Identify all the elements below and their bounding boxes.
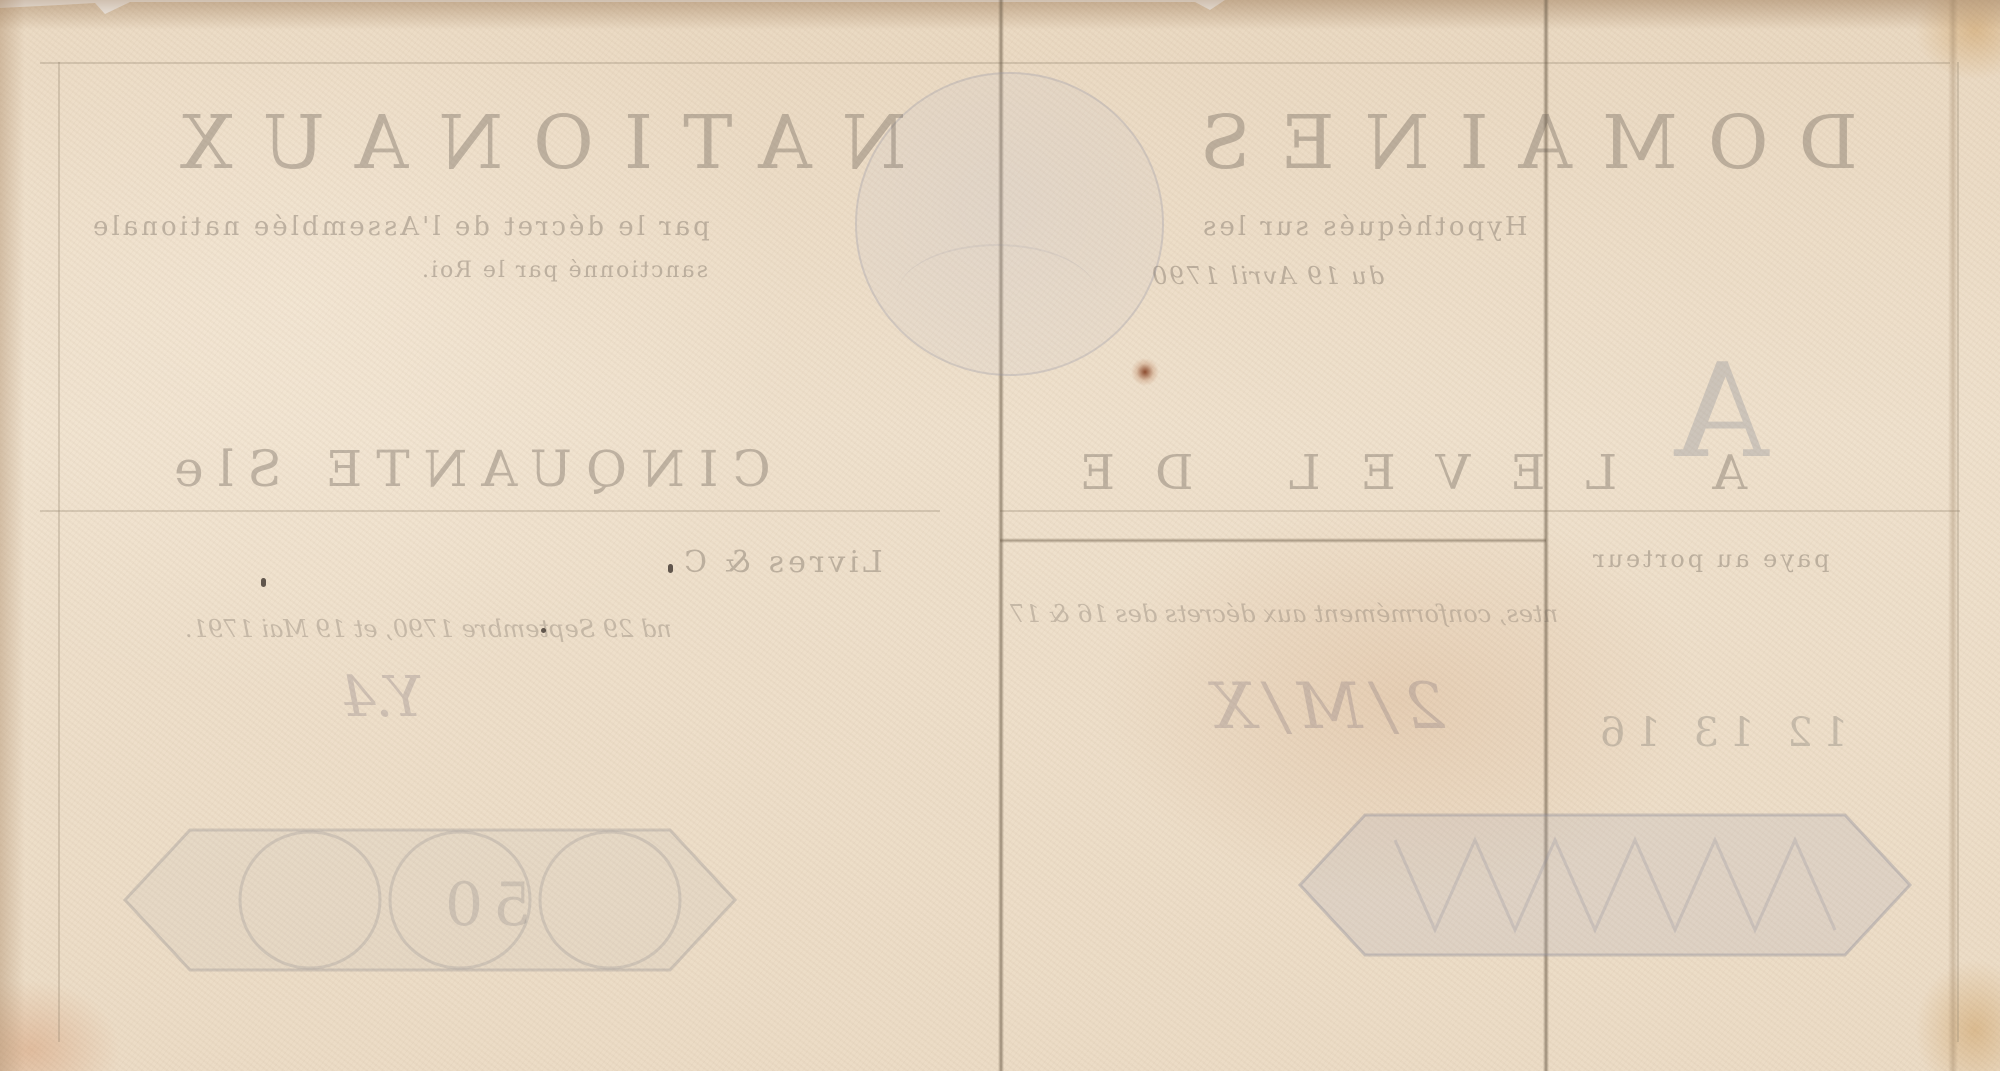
serial-number: 12 13 16 (1590, 710, 1848, 756)
frame-line-mid-right (1000, 510, 1960, 512)
left-edge-wear (0, 0, 25, 1071)
ink-speck (668, 564, 673, 573)
decree-dates-line-left: nd 29 Septembre 1790, et 19 Mai 1791. (185, 615, 672, 643)
handwritten-mark-right: 2/M/X (1200, 670, 1445, 744)
date-line-right: du 19 Avril 1790 (1150, 262, 1384, 290)
value-words-right: A LEVEL DE (1040, 445, 1747, 501)
vertical-fold-far-right (1948, 0, 1958, 1071)
title-domaines: DOMAINES (1170, 100, 1858, 186)
frame-line-mid-left (40, 510, 940, 512)
frame-line-top (40, 62, 1950, 64)
ink-speck (261, 578, 266, 587)
porteur-line-right: paye au porteur (1590, 545, 1830, 573)
decree-ref-line-right: ntes, conformément aux décrets des 16 & … (1010, 600, 1558, 628)
value-cartouche-right-icon (1285, 800, 1925, 970)
decree-line-left: par le décret de l'Assemblée nationale (90, 212, 710, 242)
handwritten-mark-left: Y.4 (340, 665, 423, 730)
livres-line-left: Livres & C (680, 545, 883, 580)
sanction-line-left: sanctionné par le Roi. (420, 258, 708, 283)
hypotheque-line-right: Hypothéqués sur les (1200, 212, 1527, 242)
horizontal-fold (1000, 538, 1546, 543)
big-letter-a: A (1675, 335, 1769, 487)
frame-line-left (58, 62, 60, 1042)
value-words-left: CINQUANTE Sle (160, 440, 771, 498)
ink-speck (541, 628, 546, 633)
value-cartouche-left-icon (110, 815, 750, 985)
cartouche-left-value: 50 (435, 870, 531, 940)
title-nationaux: NATIONAUX (150, 100, 907, 186)
